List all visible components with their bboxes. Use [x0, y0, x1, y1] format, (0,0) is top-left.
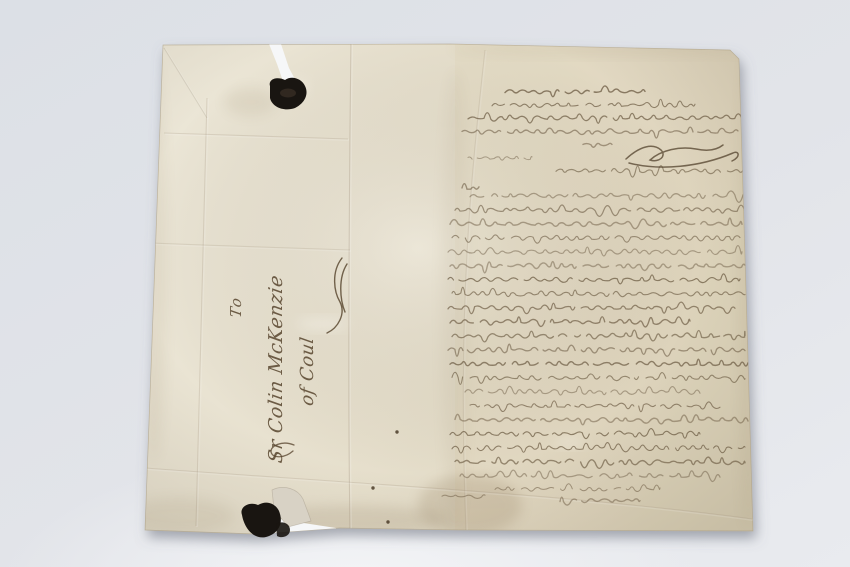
- ink-speck: [395, 430, 398, 433]
- stain: [450, 42, 750, 56]
- address-name-line: Sr Colin McKenzie: [265, 273, 287, 464]
- stain: [142, 60, 166, 460]
- stain: [125, 498, 235, 534]
- top-wax-highlight: [280, 89, 296, 98]
- ink-speck: [151, 96, 154, 99]
- letter-photograph: [0, 0, 850, 567]
- address-place-line: of Coul: [297, 335, 318, 407]
- stain: [224, 88, 276, 116]
- address-to-label: To: [227, 295, 245, 319]
- ink-speck: [386, 520, 389, 523]
- photo-scene: To Sr Colin McKenzie of Coul: [0, 0, 850, 567]
- ink-speck: [371, 486, 374, 489]
